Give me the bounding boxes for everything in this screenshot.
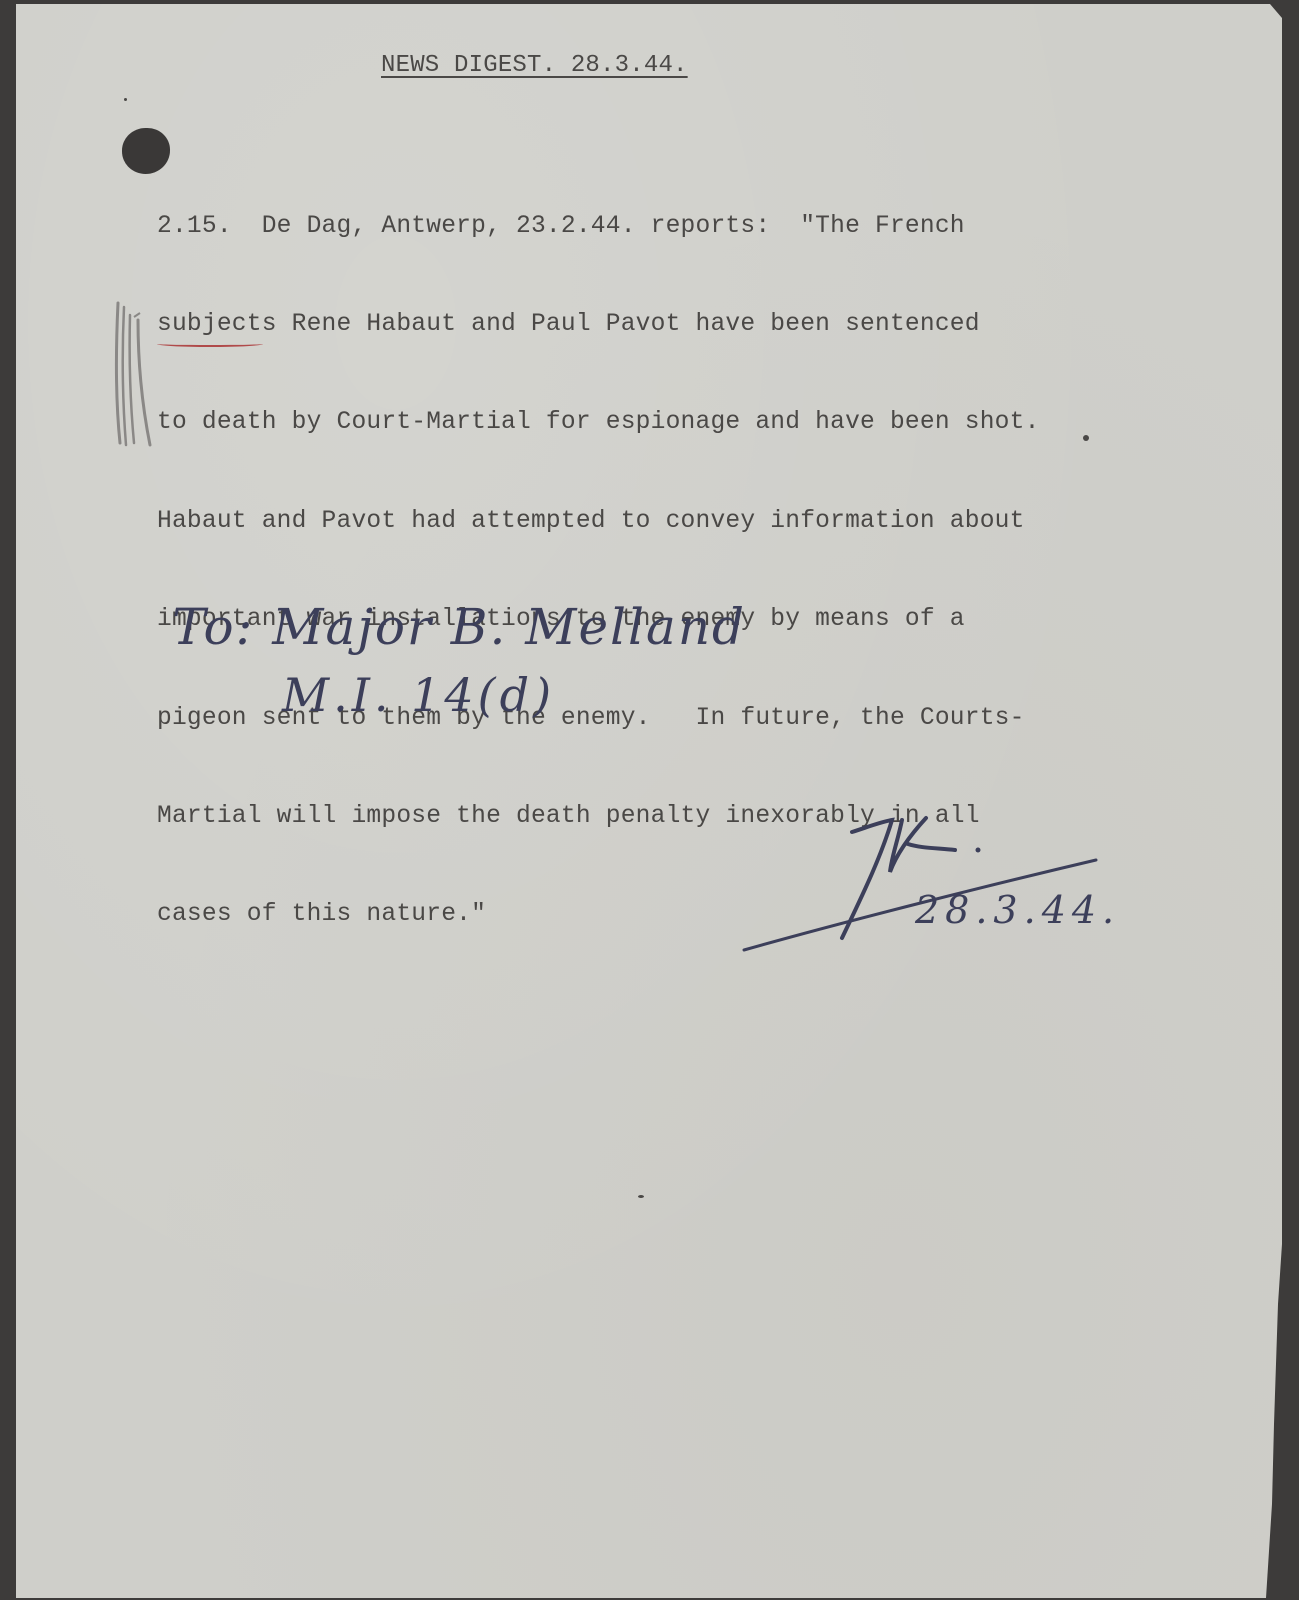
handwritten-department: M.I. 14(d) [282, 668, 555, 722]
pencil-margin-mark-icon [110, 295, 160, 450]
red-pencil-underline [157, 341, 263, 347]
scanned-document: NEWS DIGEST. 28.3.44. 2.15. De Dag, Antw… [0, 0, 1299, 1600]
body-line-2: subjects Rene Habaut and Paul Pavot have… [157, 309, 1040, 342]
body-line-4: Habaut and Pavot had attempted to convey… [157, 506, 1040, 539]
paper-speck [1083, 435, 1089, 441]
paper-speck [124, 98, 127, 101]
body-line-3: to death by Court-Martial for espionage … [157, 407, 1040, 440]
handwritten-addressee: To: Major B. Melland [172, 598, 746, 656]
document-title: NEWS DIGEST. 28.3.44. [381, 52, 688, 79]
paper-speck [638, 1195, 644, 1198]
body-line-1: 2.15. De Dag, Antwerp, 23.2.44. reports:… [157, 211, 1040, 244]
handwritten-date: 28.3.44. [915, 888, 1120, 932]
initials-signature-icon [730, 790, 1130, 970]
